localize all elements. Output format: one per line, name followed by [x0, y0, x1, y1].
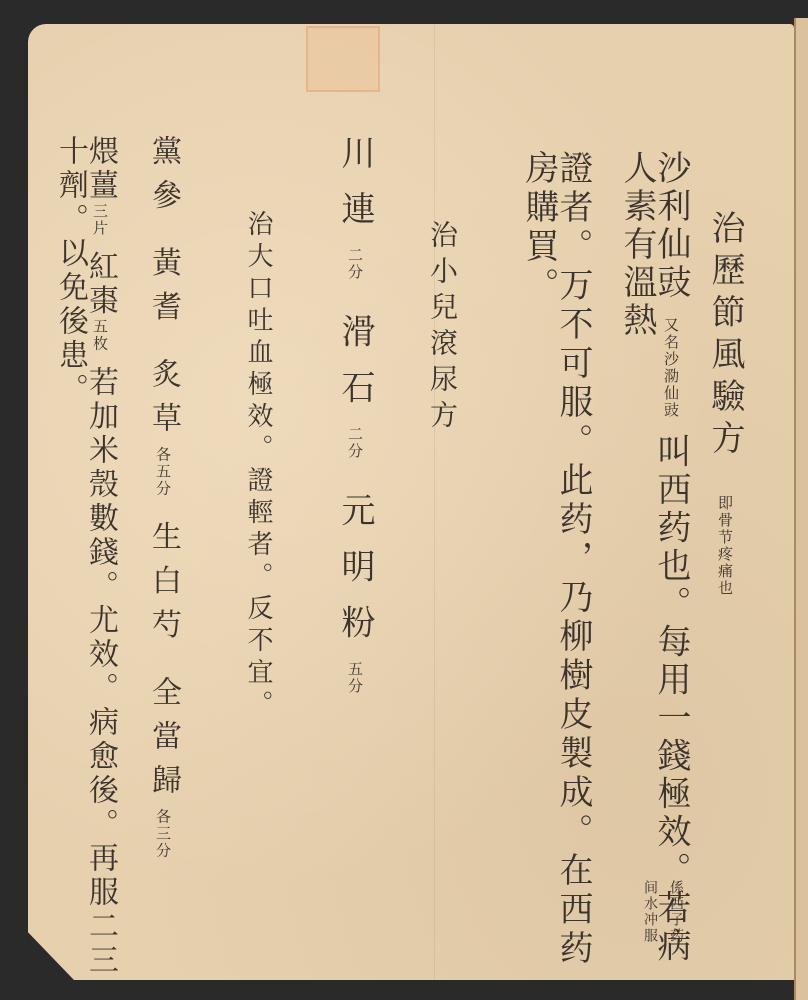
- herb-name: 川連: [335, 135, 375, 247]
- heading-text: 治小兒滾尿方: [426, 220, 459, 436]
- prescription-1: 川連二分 滑石二分 元明粉五分: [338, 135, 372, 695]
- herb-dose: 二分: [346, 426, 364, 460]
- note-line-a: 係西子药: [666, 880, 686, 944]
- herb-name: 煨薑: [83, 135, 118, 203]
- herb-name: 全當歸: [146, 676, 181, 808]
- herb-dose: 各三分: [154, 808, 172, 859]
- herb-name: 黃耆: [146, 247, 181, 335]
- heading-text: 治歷節風驗方: [705, 210, 745, 462]
- herb-dose: 各五分: [154, 446, 172, 497]
- adjacent-page-edge: [794, 18, 808, 1000]
- heading-joint-wind-recipe: 治歷節風驗方 即骨节疼痛也: [708, 210, 742, 597]
- dual-line-note: 係西子药 间水冲服: [520, 880, 686, 944]
- herb-dose: 二分: [346, 247, 364, 281]
- library-seal: [306, 26, 380, 92]
- heading-child-urine-recipe: 治小兒滾尿方: [428, 220, 456, 436]
- herb-dose: 五枚: [91, 319, 109, 353]
- herb-name: 生白芍: [146, 521, 181, 653]
- body-column-1: 沙利仙豉 又名沙泐仙豉 叫西药也。每用一錢極效。若病人素有溫熱: [620, 150, 688, 1000]
- body-column-2: 證者。万不可服。此药，乃柳樹皮製成。在西药房購買。: [522, 150, 590, 1000]
- prescription-3: 煨薑三片 紅棗五枚 若加米殼數錢。尤效。病愈後。再服二三十劑。以免後患。: [55, 135, 115, 1000]
- drug-alias-note: 又名沙泐仙豉: [662, 317, 680, 419]
- heading-hemoptysis-recipe: 治大口吐血極效。證輕者。反不宜。: [245, 210, 271, 722]
- herb-name: 炙草: [146, 358, 181, 446]
- heading-note: 即骨节疼痛也: [716, 495, 734, 597]
- prescription-2: 黨參 黃耆 炙草各五分 生白芍 全當歸各三分: [148, 135, 178, 859]
- body-text: 證者。万不可服。此药，乃柳樹皮製成。在西药房購買。: [519, 150, 593, 969]
- heading-text: 治大口吐血極效。證輕者。反不宜。: [243, 210, 273, 722]
- page-fold-line: [434, 24, 435, 980]
- herb-dose: 三片: [91, 203, 109, 237]
- herb-name: 紅棗: [83, 251, 118, 319]
- herb-name: 黨參: [146, 135, 181, 223]
- herb-name: 元明粉: [335, 493, 375, 661]
- herb-dose: 五分: [346, 661, 364, 695]
- note-line-b: 间水冲服: [640, 880, 660, 944]
- herb-name: 滑石: [335, 314, 375, 426]
- drug-name: 沙利仙豉: [651, 150, 691, 302]
- seal-caption: [300, 90, 390, 98]
